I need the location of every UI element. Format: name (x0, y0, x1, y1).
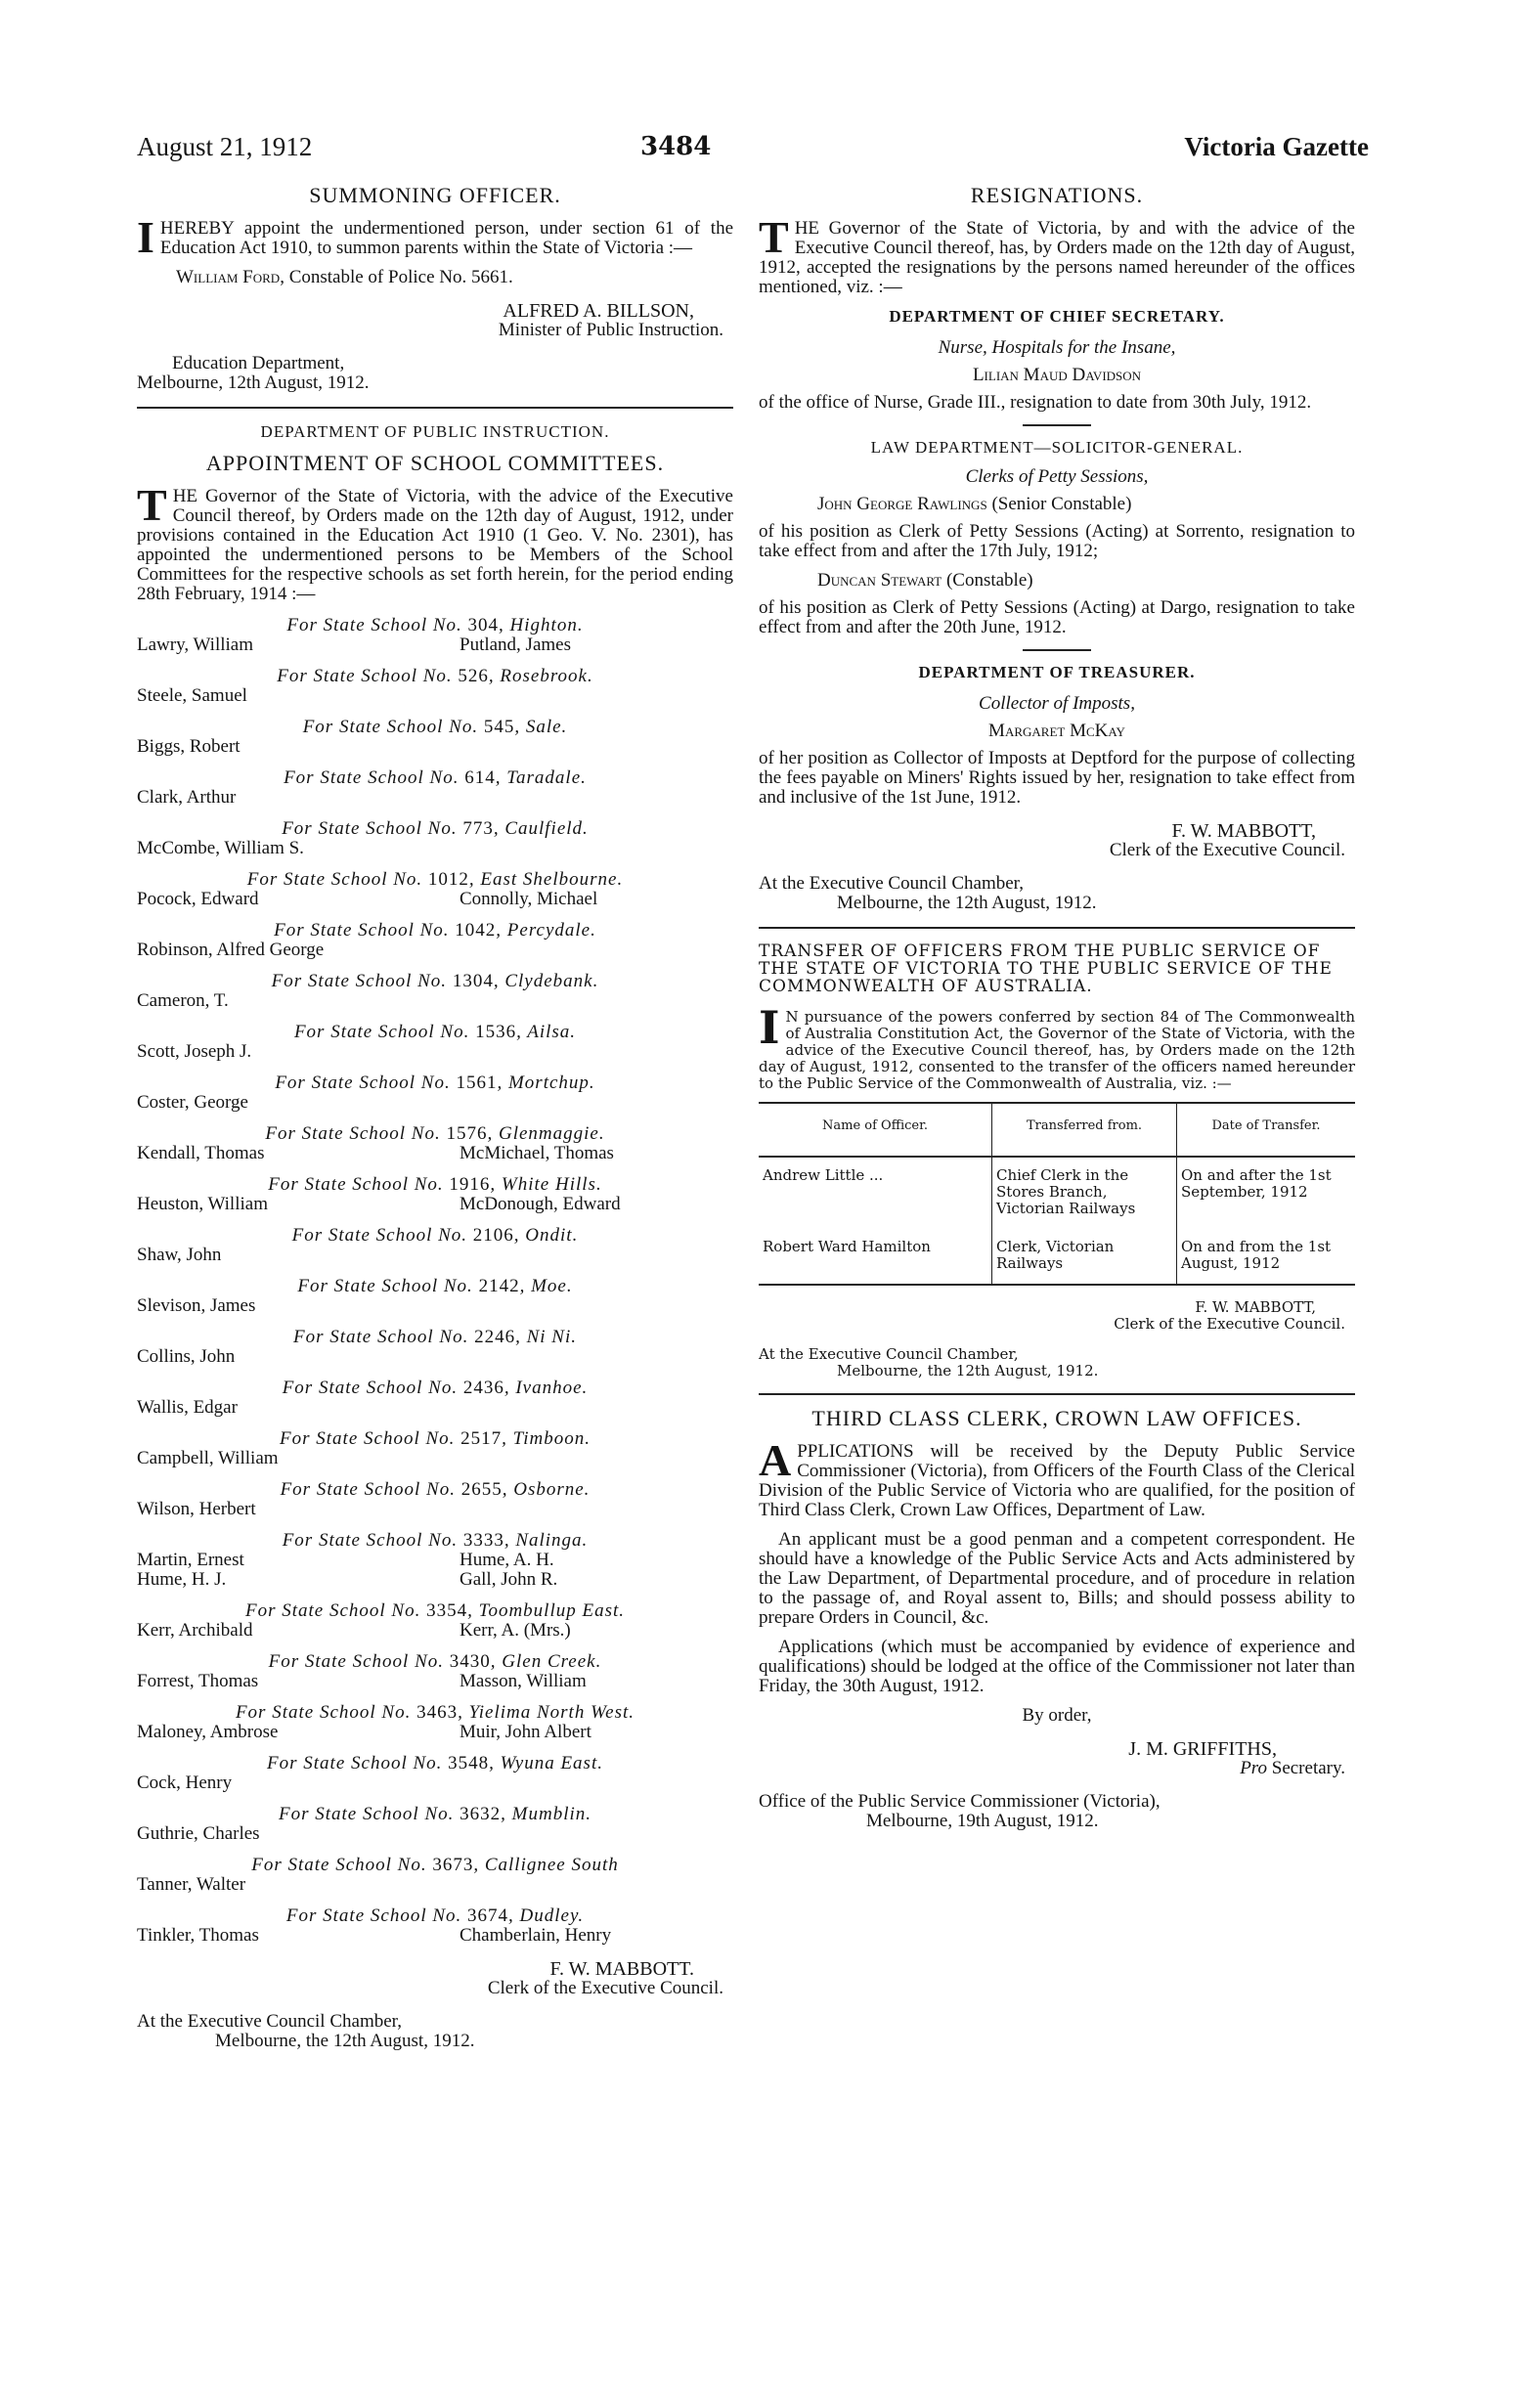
member-list: Robinson, Alfred George (137, 941, 733, 960)
school-heading: For State School No. 2142, Moe. (137, 1277, 733, 1296)
member-name: Robinson, Alfred George (137, 941, 460, 960)
member-list: Wilson, Herbert (137, 1500, 733, 1519)
date: Melbourne, 12th August, 1912. (137, 373, 733, 393)
school-heading: For State School No. 3463, Yielima North… (137, 1703, 733, 1723)
school-heading: For State School No. 3673, Callignee Sou… (137, 1856, 733, 1875)
person-name: Lilian Maud Davidson (759, 366, 1355, 385)
member-name: Putland, James (460, 635, 733, 655)
date: Melbourne, the 12th August, 1912. (759, 1363, 1355, 1379)
member-list: Cameron, T. (137, 991, 733, 1011)
place: At the Executive Council Chamber, (759, 874, 1355, 894)
school-heading: For State School No. 2517, Timboon. (137, 1429, 733, 1449)
school-number: 1561 (456, 1073, 497, 1093)
school-heading: For State School No. 1304, Clydebank. (137, 972, 733, 991)
member-name: Chamberlain, Henry (460, 1926, 733, 1946)
member-name: Heuston, William (137, 1195, 460, 1214)
school-entry: For State School No. 1576, Glenmaggie.Ke… (137, 1124, 733, 1163)
school-number: 3673 (432, 1855, 473, 1875)
school-number: 545 (484, 717, 515, 737)
member-list: Coster, George (137, 1093, 733, 1113)
school-entry: For State School No. 304, Highton.Lawry,… (137, 616, 733, 655)
section-title: THIRD CLASS CLERK, CROWN LAW OFFICES. (759, 1409, 1355, 1428)
school-number: 3674 (467, 1905, 508, 1926)
person-line: Duncan Stewart (Constable) (759, 571, 1355, 591)
department-heading: LAW DEPARTMENT—SOLICITOR-GENERAL. (759, 438, 1355, 458)
table-header-row: Name of Officer. Transferred from. Date … (759, 1103, 1355, 1157)
school-entry: For State School No. 526, Rosebrook.Stee… (137, 667, 733, 706)
school-committees-notice: DEPARTMENT OF PUBLIC INSTRUCTION. APPOIN… (137, 422, 733, 2051)
school-entry: For State School No. 2106, Ondit.Shaw, J… (137, 1226, 733, 1265)
signatory-name: F. W. MABBOTT. (137, 1959, 733, 1979)
member-name: Tanner, Walter (137, 1875, 460, 1895)
member-name: Cameron, T. (137, 991, 460, 1011)
person-name: Margaret McKay (759, 722, 1355, 741)
appointee-line: William Ford, Constable of Police No. 56… (137, 268, 733, 287)
member-name: Tinkler, Thomas (137, 1926, 460, 1946)
column-header: Transferred from. (992, 1103, 1177, 1157)
section-title: SUMMONING OFFICER. (137, 186, 733, 205)
school-name: Moe. (531, 1276, 573, 1296)
member-list: Shaw, John (137, 1246, 733, 1265)
school-name: Sale. (526, 717, 567, 737)
office-heading: Nurse, Hospitals for the Insane, (759, 338, 1355, 358)
resignation-detail: of the office of Nurse, Grade III., resi… (759, 393, 1355, 413)
school-name: Callignee South (485, 1855, 619, 1875)
member-name: Biggs, Robert (137, 737, 460, 757)
transferred-from: Clerk, Victorian Railways (992, 1229, 1177, 1285)
signatory-role: Clerk of the Executive Council. (137, 1979, 733, 1998)
school-number: 3430 (450, 1651, 491, 1672)
school-heading: For State School No. 2655, Osborne. (137, 1480, 733, 1500)
school-heading: For State School No. 2246, Ni Ni. (137, 1328, 733, 1347)
member-list: Lawry, WilliamPutland, James (137, 635, 733, 655)
resignation-detail: of his position as Clerk of Petty Sessio… (759, 522, 1355, 561)
member-name: Shaw, John (137, 1246, 460, 1265)
table-row: Robert Ward Hamilton Clerk, Victorian Ra… (759, 1229, 1355, 1285)
school-entry: For State School No. 1536, Ailsa.Scott, … (137, 1023, 733, 1062)
school-entry: For State School No. 2655, Osborne.Wilso… (137, 1480, 733, 1519)
member-list: Scott, Joseph J. (137, 1042, 733, 1062)
school-name: Mortchup. (508, 1073, 595, 1093)
school-heading: For State School No. 1561, Mortchup. (137, 1073, 733, 1093)
school-heading: For State School No. 1042, Percydale. (137, 921, 733, 941)
member-list: Slevison, James (137, 1296, 733, 1316)
department-heading: DEPARTMENT OF TREASURER. (759, 663, 1355, 682)
place: At the Executive Council Chamber, (759, 1346, 1355, 1363)
school-heading: For State School No. 545, Sale. (137, 718, 733, 737)
school-number: 2106 (473, 1225, 514, 1246)
divider (759, 927, 1355, 929)
divider (1023, 649, 1091, 651)
member-name: Masson, William (460, 1672, 733, 1691)
member-list: Cock, Henry (137, 1773, 733, 1793)
school-name: Ivanhoe. (515, 1378, 588, 1398)
publication-title: Victoria Gazette (1184, 132, 1369, 162)
signatory-role-italic: Pro (1240, 1758, 1267, 1778)
school-entry: For State School No. 3463, Yielima North… (137, 1703, 733, 1742)
school-heading: For State School No. 2106, Ondit. (137, 1226, 733, 1246)
signatory-role: Pro Secretary. (759, 1759, 1355, 1778)
school-heading: For State School No. 2436, Ivanhoe. (137, 1379, 733, 1398)
school-number: 1042 (455, 920, 496, 941)
notice-body: IN pursuance of the powers conferred by … (759, 1009, 1355, 1092)
school-name: Nalinga. (515, 1530, 588, 1551)
section-title: TRANSFER OF OFFICERS FROM THE PUBLIC SER… (759, 942, 1355, 995)
member-name: McDonough, Edward (460, 1195, 733, 1214)
transferred-from: Chief Clerk in the Stores Branch, Victor… (992, 1157, 1177, 1229)
section-title: RESIGNATIONS. (759, 186, 1355, 205)
school-entry: For State School No. 2142, Moe.Slevison,… (137, 1277, 733, 1316)
appointee-name: William Ford (176, 267, 280, 287)
school-list: For State School No. 304, Highton.Lawry,… (137, 616, 733, 1946)
school-heading: For State School No. 3354, Toombullup Ea… (137, 1601, 733, 1621)
member-list: Tinkler, ThomasChamberlain, Henry (137, 1926, 733, 1946)
member-name: Gall, John R. (460, 1570, 733, 1590)
notice-body: THE Governor of the State of Victoria, b… (759, 219, 1355, 297)
date: Melbourne, the 12th August, 1912. (137, 2032, 733, 2051)
school-entry: For State School No. 1916, White Hills.H… (137, 1175, 733, 1214)
school-name: Ailsa. (527, 1022, 576, 1042)
member-list: Campbell, William (137, 1449, 733, 1468)
member-name: Kendall, Thomas (137, 1144, 460, 1163)
school-entry: For State School No. 2517, Timboon.Campb… (137, 1429, 733, 1468)
school-number: 2517 (460, 1428, 502, 1449)
person-name: John George Rawlings (817, 494, 987, 514)
school-entry: For State School No. 2436, Ivanhoe.Walli… (137, 1379, 733, 1418)
school-entry: For State School No. 545, Sale.Biggs, Ro… (137, 718, 733, 757)
school-name: Rosebrook. (500, 666, 592, 686)
school-name: Osborne. (513, 1479, 590, 1500)
member-list: Martin, ErnestHume, A. H.Hume, H. J.Gall… (137, 1551, 733, 1590)
member-name: McMichael, Thomas (460, 1144, 733, 1163)
school-heading: For State School No. 773, Caulfield. (137, 819, 733, 839)
member-name: Lawry, William (137, 635, 460, 655)
school-number: 3463 (416, 1702, 458, 1723)
transfer-notice: TRANSFER OF OFFICERS FROM THE PUBLIC SER… (759, 942, 1355, 1379)
member-name: Slevison, James (137, 1296, 460, 1316)
school-name: Mumblin. (512, 1804, 591, 1824)
member-name: Kerr, A. (Mrs.) (460, 1621, 733, 1641)
school-heading: For State School No. 3548, Wyuna East. (137, 1754, 733, 1773)
department-heading: DEPARTMENT OF CHIEF SECRETARY. (759, 307, 1355, 327)
member-name: McCombe, William S. (137, 839, 460, 858)
school-heading: For State School No. 3333, Nalinga. (137, 1531, 733, 1551)
signatory-role: Clerk of the Executive Council. (759, 1316, 1355, 1333)
member-list: McCombe, William S. (137, 839, 733, 858)
transfer-date: On and from the 1st August, 1912 (1177, 1229, 1356, 1285)
office-heading: Clerks of Petty Sessions, (759, 467, 1355, 487)
member-name: Pocock, Edward (137, 890, 460, 909)
school-entry: For State School No. 1304, Clydebank.Cam… (137, 972, 733, 1011)
school-name: Glenmaggie. (499, 1123, 605, 1144)
resignation-detail: of his position as Clerk of Petty Sessio… (759, 598, 1355, 637)
notice-paragraph: Applications (which must be accompanied … (759, 1638, 1355, 1696)
school-number: 3548 (448, 1753, 489, 1773)
school-entry: For State School No. 1561, Mortchup.Cost… (137, 1073, 733, 1113)
person-rank: (Senior Constable) (987, 494, 1132, 514)
signatory-name: J. M. GRIFFITHS, (759, 1739, 1355, 1759)
divider (137, 407, 733, 409)
school-entry: For State School No. 2246, Ni Ni.Collins… (137, 1328, 733, 1367)
person-name: Duncan Stewart (817, 570, 942, 591)
divider (759, 1393, 1355, 1395)
member-name: Muir, John Albert (460, 1723, 733, 1742)
school-name: Glen Creek. (502, 1651, 601, 1672)
school-heading: For State School No. 1916, White Hills. (137, 1175, 733, 1195)
member-list: Maloney, AmbroseMuir, John Albert (137, 1723, 733, 1742)
school-number: 1304 (453, 971, 494, 991)
place: Education Department, (137, 354, 733, 373)
member-name: Wilson, Herbert (137, 1500, 460, 1519)
section-title: APPOINTMENT OF SCHOOL COMMITTEES. (137, 454, 733, 473)
department-heading: DEPARTMENT OF PUBLIC INSTRUCTION. (137, 422, 733, 442)
signatory-name: F. W. MABBOTT, (759, 821, 1355, 841)
member-name: Collins, John (137, 1347, 460, 1367)
summoning-officer-notice: SUMMONING OFFICER. I HEREBY appoint the … (137, 186, 733, 393)
school-name: Ondit. (525, 1225, 578, 1246)
member-list: Guthrie, Charles (137, 1824, 733, 1844)
member-list: Steele, Samuel (137, 686, 733, 706)
school-name: Highton. (510, 615, 584, 635)
school-heading: For State School No. 1576, Glenmaggie. (137, 1124, 733, 1144)
member-name: Connolly, Michael (460, 890, 733, 909)
notice-body: I HEREBY appoint the undermentioned pers… (137, 219, 733, 258)
notice-paragraph: An applicant must be a good penman and a… (759, 1530, 1355, 1628)
column-header: Name of Officer. (759, 1103, 992, 1157)
school-number: 1536 (475, 1022, 516, 1042)
school-entry: For State School No. 3548, Wyuna East.Co… (137, 1754, 733, 1793)
school-entry: For State School No. 614, Taradale.Clark… (137, 768, 733, 808)
signatory-role: Minister of Public Instruction. (137, 321, 733, 340)
column-header: Date of Transfer. (1177, 1103, 1356, 1157)
school-name: Timboon. (513, 1428, 591, 1449)
by-order: By order, (759, 1706, 1355, 1726)
member-list: Kerr, ArchibaldKerr, A. (Mrs.) (137, 1621, 733, 1641)
school-number: 2436 (463, 1378, 504, 1398)
office-heading: Collector of Imposts, (759, 694, 1355, 714)
transfer-date: On and after the 1st September, 1912 (1177, 1157, 1356, 1229)
school-heading: For State School No. 1536, Ailsa. (137, 1023, 733, 1042)
school-name: Dudley. (520, 1905, 585, 1926)
member-list: Biggs, Robert (137, 737, 733, 757)
school-number: 2142 (479, 1276, 520, 1296)
date: Melbourne, 19th August, 1912. (759, 1812, 1355, 1831)
school-name: White Hills. (502, 1174, 602, 1195)
school-entry: For State School No. 3354, Toombullup Ea… (137, 1601, 733, 1641)
school-number: 2246 (474, 1327, 515, 1347)
member-list: Kendall, ThomasMcMichael, Thomas (137, 1144, 733, 1163)
school-heading: For State School No. 3430, Glen Creek. (137, 1652, 733, 1672)
resignations-notice: RESIGNATIONS. THE Governor of the State … (759, 186, 1355, 913)
appointee-detail: , Constable of Police No. 5661. (280, 267, 513, 287)
school-number: 773 (462, 818, 494, 839)
member-list: Heuston, WilliamMcDonough, Edward (137, 1195, 733, 1214)
person-line: John George Rawlings (Senior Constable) (759, 495, 1355, 514)
school-name: Ni Ni. (527, 1327, 577, 1347)
school-entry: For State School No. 1042, Percydale.Rob… (137, 921, 733, 960)
school-entry: For State School No. 3674, Dudley.Tinkle… (137, 1906, 733, 1946)
school-name: Yielima North West. (469, 1702, 635, 1723)
member-name: Coster, George (137, 1093, 460, 1113)
place: At the Executive Council Chamber, (137, 2012, 733, 2032)
member-list: Clark, Arthur (137, 788, 733, 808)
school-entry: For State School No. 1012, East Shelbour… (137, 870, 733, 909)
member-name: Maloney, Ambrose (137, 1723, 460, 1742)
school-name: Taradale. (506, 767, 587, 788)
school-name: Wyuna East. (501, 1753, 603, 1773)
school-number: 614 (464, 767, 496, 788)
table-row: Andrew Little ... Chief Clerk in the Sto… (759, 1157, 1355, 1229)
school-number: 1012 (428, 869, 469, 890)
school-heading: For State School No. 3632, Mumblin. (137, 1805, 733, 1824)
school-name: Toombullup East. (479, 1600, 625, 1621)
member-name: Wallis, Edgar (137, 1398, 460, 1418)
member-name: Guthrie, Charles (137, 1824, 460, 1844)
school-name: East Shelbourne. (480, 869, 623, 890)
member-name: Kerr, Archibald (137, 1621, 460, 1641)
school-heading: For State School No. 3674, Dudley. (137, 1906, 733, 1926)
signatory-name: ALFRED A. BILLSON, (137, 301, 733, 321)
signatory-name: F. W. MABBOTT, (759, 1299, 1355, 1316)
page-number: 3484 (640, 132, 711, 161)
member-list: Tanner, Walter (137, 1875, 733, 1895)
school-entry: For State School No. 3632, Mumblin.Guthr… (137, 1805, 733, 1844)
member-list: Collins, John (137, 1347, 733, 1367)
member-list: Wallis, Edgar (137, 1398, 733, 1418)
person-rank: (Constable) (942, 570, 1032, 591)
school-name: Clydebank. (504, 971, 598, 991)
left-column: SUMMONING OFFICER. I HEREBY appoint the … (137, 186, 733, 2057)
notice-body: THE Governor of the State of Victoria, w… (137, 487, 733, 604)
school-entry: For State School No. 773, Caulfield.McCo… (137, 819, 733, 858)
member-name: Campbell, William (137, 1449, 460, 1468)
school-number: 1576 (447, 1123, 488, 1144)
officer-name: Robert Ward Hamilton (759, 1229, 992, 1285)
member-list: Pocock, EdwardConnolly, Michael (137, 890, 733, 909)
school-number: 3333 (463, 1530, 504, 1551)
officer-name: Andrew Little ... (759, 1157, 992, 1229)
date: Melbourne, the 12th August, 1912. (759, 894, 1355, 913)
divider (1023, 424, 1091, 426)
clerk-vacancy-notice: THIRD CLASS CLERK, CROWN LAW OFFICES. AP… (759, 1409, 1355, 1831)
member-name: Forrest, Thomas (137, 1672, 460, 1691)
right-column: RESIGNATIONS. THE Governor of the State … (759, 186, 1355, 1831)
school-heading: For State School No. 1012, East Shelbour… (137, 870, 733, 890)
school-heading: For State School No. 614, Taradale. (137, 768, 733, 788)
notice-paragraph: APPLICATIONS will be received by the Dep… (759, 1442, 1355, 1520)
school-entry: For State School No. 3673, Callignee Sou… (137, 1856, 733, 1895)
member-name: Clark, Arthur (137, 788, 460, 808)
member-list: Forrest, ThomasMasson, William (137, 1672, 733, 1691)
school-number: 304 (468, 615, 500, 635)
school-entry: For State School No. 3333, Nalinga.Marti… (137, 1531, 733, 1590)
member-name: Hume, H. J. (137, 1570, 460, 1590)
school-number: 1916 (449, 1174, 490, 1195)
school-number: 526 (458, 666, 489, 686)
school-name: Caulfield. (504, 818, 588, 839)
member-name: Hume, A. H. (460, 1551, 733, 1570)
issue-date: August 21, 1912 (137, 132, 312, 162)
page-header: August 21, 1912 3484 Victoria Gazette (137, 132, 1379, 171)
member-name: Steele, Samuel (137, 686, 460, 706)
school-entry: For State School No. 3430, Glen Creek.Fo… (137, 1652, 733, 1691)
member-name: Scott, Joseph J. (137, 1042, 460, 1062)
place: Office of the Public Service Commissione… (759, 1792, 1355, 1812)
school-name: Percydale. (507, 920, 596, 941)
school-number: 3632 (460, 1804, 501, 1824)
member-name: Martin, Ernest (137, 1551, 460, 1570)
school-number: 3354 (426, 1600, 467, 1621)
school-heading: For State School No. 526, Rosebrook. (137, 667, 733, 686)
transfer-table: Name of Officer. Transferred from. Date … (759, 1102, 1355, 1286)
resignation-detail: of her position as Collector of Imposts … (759, 749, 1355, 808)
signatory-role: Clerk of the Executive Council. (759, 841, 1355, 860)
school-number: 2655 (461, 1479, 503, 1500)
member-name: Cock, Henry (137, 1773, 460, 1793)
school-heading: For State School No. 304, Highton. (137, 616, 733, 635)
